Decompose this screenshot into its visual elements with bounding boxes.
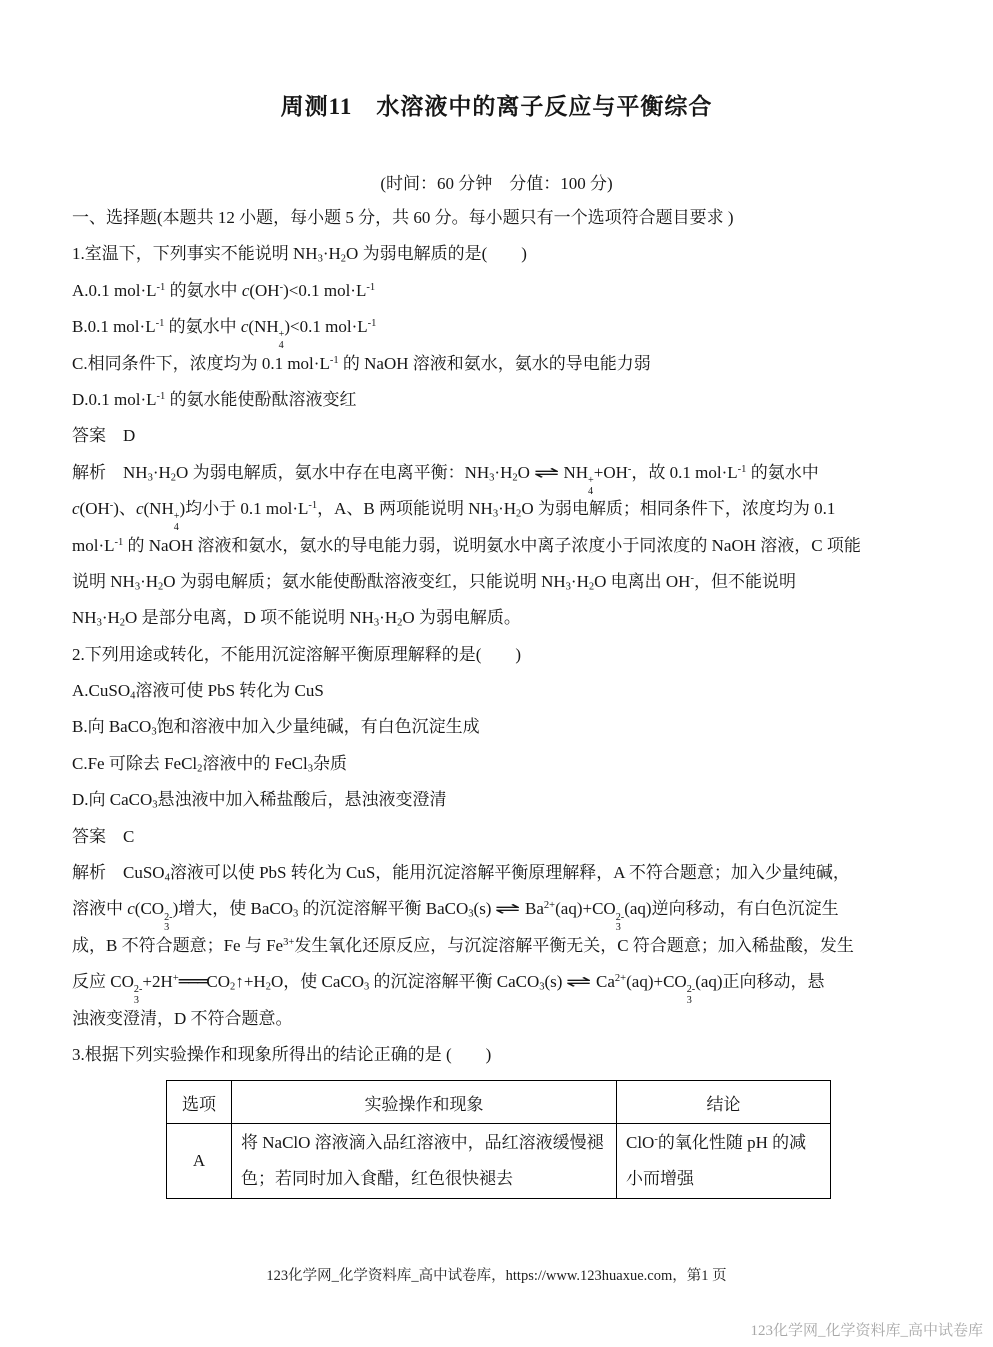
q1-analysis-line-3: mol·L-1 的 NaOH 溶液和氨水，氨水的导电能力弱，说明氨水中离子浓度小…	[72, 528, 953, 564]
q2-option-b: B.向 BaCO3饱和溶液中加入少量纯碱，有白色沉淀生成	[72, 709, 953, 745]
q1-option-b: B.0.1 mol·L-1 的氨水中 c(NH+4)<0.1 mol·L-1	[72, 309, 953, 345]
table-cell-conclusion: ClO-的氧化性随 pH 的减小而增强	[617, 1124, 831, 1199]
q2-stem: 2.下列用途或转化，不能用沉淀溶解平衡原理解释的是( )	[72, 637, 953, 673]
q1-analysis-label: 解析	[72, 463, 106, 482]
section-header: 一、选择题(本题共 12 小题，每小题 5 分，共 60 分。每小题只有一个选项…	[72, 200, 953, 236]
q2-answer-value: C	[123, 827, 134, 846]
q2-analysis-line-1: 解析CuSO4溶液可以使 PbS 转化为 CuS，能用沉淀溶解平衡原理解释，A …	[72, 855, 953, 891]
q2-analysis-line-2: 溶液中 c(CO2-3)增大，使 BaCO3 的沉淀溶解平衡 BaCO3(s)⇌…	[72, 891, 953, 927]
q1-option-d: D.0.1 mol·L-1 的氨水能使酚酞溶液变红	[72, 382, 953, 418]
q1-analysis-line-1: 解析NH3·H2O 为弱电解质，氨水中存在电离平衡：NH3·H2O⇌NH+4+O…	[72, 455, 953, 491]
table-header-row: 选项 实验操作和现象 结论	[167, 1081, 831, 1124]
q2-answer-line: 答案C	[72, 819, 953, 855]
q1-stem: 1.室温下，下列事实不能说明 NH3·H2O 为弱电解质的是( )	[72, 236, 953, 272]
q3-stem: 3.根据下列实验操作和现象所得出的结论正确的是 ( )	[72, 1037, 953, 1073]
watermark-text: 123化学网_化学资料库_高中试卷库	[750, 1319, 983, 1340]
q1-option-a: A.0.1 mol·L-1 的氨水中 c(OH-)<0.1 mol·L-1	[72, 273, 953, 309]
q2-option-a: A.CuSO4溶液可使 PbS 转化为 CuS	[72, 673, 953, 709]
table-header-operation: 实验操作和现象	[232, 1081, 617, 1124]
q2-analysis-line-5: 浊液变澄清，D 不符合题意。	[72, 1001, 953, 1037]
table-cell-operation: 将 NaClO 溶液滴入品红溶液中，品红溶液缓慢褪色；若同时加入食醋，红色很快褪…	[232, 1124, 617, 1199]
table-header-conclusion: 结论	[617, 1081, 831, 1124]
q2-analysis-line-3: 成，B 不符合题意；Fe 与 Fe3+发生氧化还原反应，与沉淀溶解平衡无关，C …	[72, 928, 953, 964]
table-row: A 将 NaClO 溶液滴入品红溶液中，品红溶液缓慢褪色；若同时加入食醋，红色很…	[167, 1124, 831, 1199]
q1-analysis-line-5: NH3·H2O 是部分电离，D 项不能说明 NH3·H2O 为弱电解质。	[72, 600, 953, 636]
table-cell-option: A	[167, 1124, 232, 1199]
page-footer: 123化学网_化学资料库_高中试卷库，https://www.123huaxue…	[0, 1264, 993, 1285]
q1-answer-label: 答案	[72, 426, 106, 445]
exam-body: 一、选择题(本题共 12 小题，每小题 5 分，共 60 分。每小题只有一个选项…	[72, 200, 953, 1199]
q1-answer-value: D	[123, 426, 135, 445]
q1-analysis-text-1: NH3·H2O 为弱电解质，氨水中存在电离平衡：NH3·H2O⇌NH+4+OH-…	[123, 463, 819, 482]
q3-experiment-table: 选项 实验操作和现象 结论 A 将 NaClO 溶液滴入品红溶液中，品红溶液缓慢…	[166, 1080, 831, 1199]
q2-option-d: D.向 CaCO3悬浊液中加入稀盐酸后，悬浊液变澄清	[72, 782, 953, 818]
q2-answer-label: 答案	[72, 827, 106, 846]
q2-analysis-line-4: 反应 CO2-3+2H+═══CO2↑+H2O，使 CaCO3 的沉淀溶解平衡 …	[72, 964, 953, 1000]
q1-answer-line: 答案D	[72, 418, 953, 454]
page-title: 周测11 水溶液中的离子反应与平衡综合	[0, 0, 993, 121]
table-header-option: 选项	[167, 1081, 232, 1124]
q2-option-c: C.Fe 可除去 FeCl2溶液中的 FeCl3杂质	[72, 746, 953, 782]
exam-meta: (时间：60 分钟 分值：100 分)	[0, 169, 993, 194]
q1-analysis-line-2: c(OH-)、c(NH+4)均小于 0.1 mol·L-1，A、B 两项能说明 …	[72, 491, 953, 527]
q1-analysis-line-4: 说明 NH3·H2O 为弱电解质；氨水能使酚酞溶液变红，只能说明 NH3·H2O…	[72, 564, 953, 600]
q2-analysis-text-1: CuSO4溶液可以使 PbS 转化为 CuS，能用沉淀溶解平衡原理解释，A 不符…	[123, 863, 850, 882]
q2-analysis-label: 解析	[72, 863, 106, 882]
document-page: 周测11 水溶液中的离子反应与平衡综合 (时间：60 分钟 分值：100 分) …	[0, 0, 993, 1347]
q1-option-c: C.相同条件下，浓度均为 0.1 mol·L-1 的 NaOH 溶液和氨水，氨水…	[72, 346, 953, 382]
